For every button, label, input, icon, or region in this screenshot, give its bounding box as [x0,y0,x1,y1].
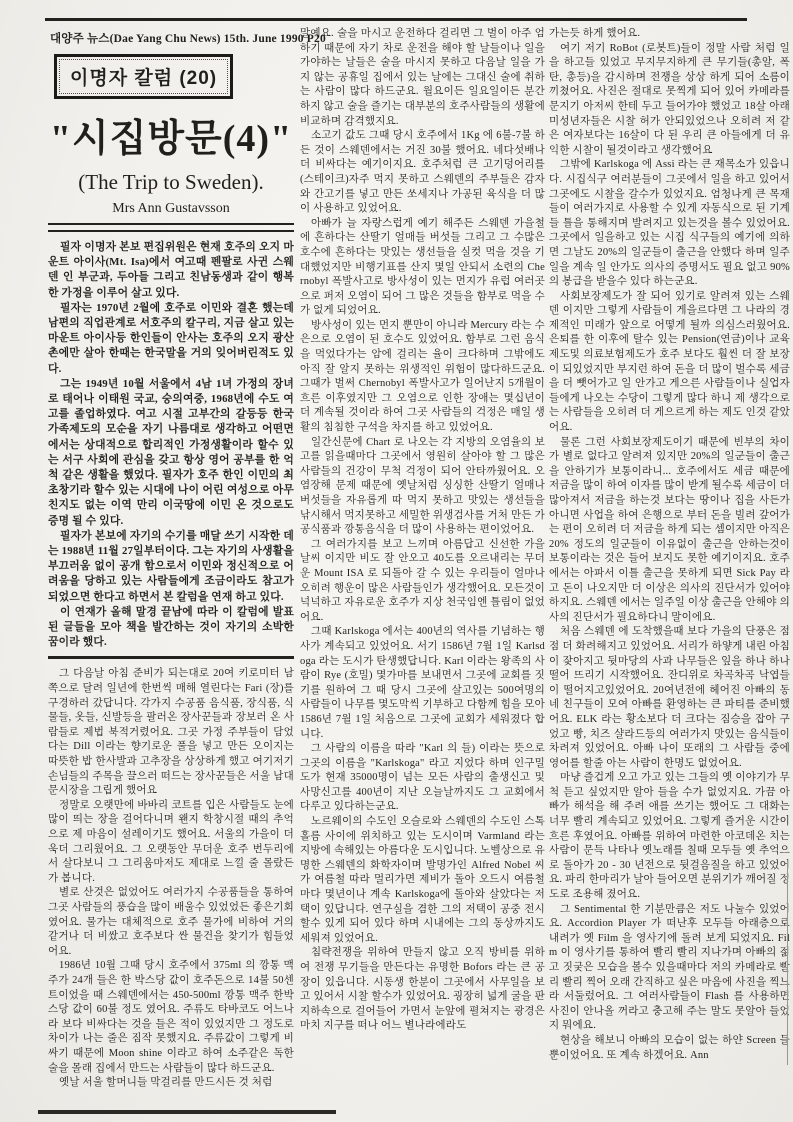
paragraph: 그밖에 Karlskoga 에 Assi 라는 큰 재목소가 있읍니다. 시집식… [549,158,790,289]
paragraph: 아빠가 늘 자랑스럽게 예기 해주든 스웨덴 가을철에 흔하다는 산딸기 얼매들… [300,217,545,319]
column-badge-wrap: 이명자 칼럼 (20) [54,54,294,99]
paragraph: 1986년 10월 그때 당시 호주에서 375ml 의 깡통 맥주가 24개 … [48,959,294,1076]
paragraph: 현상을 해보니 아빠의 모습이 없는 하얀 Screen 들 뿐이었어요. 또 … [549,1034,790,1063]
paragraph: 여기 저기 RoBot (로봇트)들이 정말 사람 처럼 일을 하고들 있었고 … [549,42,790,159]
paragraph: 정말로 오랫만에 바바리 코트를 입은 사람들도 눈에 많이 띄는 장을 걸어다… [48,799,294,887]
paragraph: 사회보장제도가 잘 되어 있기로 알려져 있는 스웨덴 이지만 그렇게 사람들이… [549,290,790,436]
paragraph: 침략전쟁을 위하여 만들지 않고 오직 방비를 위하여 전쟁 무기들을 만든다는… [300,946,545,1034]
paragraph: 그 여러가지를 보고 느끼며 아름답고 신선한 가을 날씨 이지만 비도 잘 안… [300,538,545,626]
left-column-text: 그 다음날 아침 준비가 되는대로 20여 키로미터 남쪽으로 달려 일년에 한… [48,667,294,1090]
paragraph: 필자 이명자 본보 편집위원은 현재 호주의 오지 마운트 아이사(Mt. Is… [48,240,294,301]
paragraph: 이 연재가 올해 말경 끝남에 따라 이 칼럼에 발표된 글들을 모아 책을 발… [48,605,294,651]
paragraph: 마냥 즐겁게 오고 가고 있는 그들의 옛 이야기가 무척 듣고 싶었지만 알아… [549,771,790,902]
top-border-rule [45,18,747,21]
paragraph: 물론 그런 사회보장제도이기 때문에 빈부의 차이가 별로 없다고 알려져 있지… [549,436,790,626]
masthead-dateline: 대양주 뉴스(Dae Yang Chu News) 15th. June 199… [50,30,294,46]
author-bio-section: 필자 이명자 본보 편집위원은 현재 호주의 오지 마운트 아이사(Mt. Is… [48,240,294,650]
paragraph: 그는 1949년 10월 서울에서 4남 1녀 가정의 장녀로 태어나 이태원 … [48,377,294,529]
paragraph: 필자는 1970년 2월에 호주로 이민와 결혼 했는데 남편의 직업관계로 서… [48,301,294,377]
article-title: "시집방문(4)" [48,107,294,162]
paragraph: 그 사람의 이름을 따라 "Karl 의 들) 이라는 뜻으로 그곳의 이름을 … [300,742,545,815]
paragraph: 처음 스웨덴 에 도착했을때 보다 가을의 단풍은 점점 더 화려해지고 있었어… [549,625,790,771]
column-badge: 이명자 칼럼 (20) [54,54,233,99]
paragraph: 소고기 값도 그때 당시 호주에서 1Kg 에 6불-7불 하든 것이 스웨덴에… [300,129,545,217]
paragraph: 별로 산것은 없었어도 여러가지 수공품들을 통하여 그곳 사람들의 풍습을 많… [48,886,294,959]
bottom-partial-rule [38,1110,336,1114]
paragraph: 옛날 서울 할머니들 막걸리를 만드시든 것 처럼 [48,1076,294,1091]
right-column-text: 가는듯 하게 했어요.여기 저기 RoBot (로봇트)들이 정말 사람 처럼 … [549,27,790,1063]
article-subtitle: (The Trip to Sweden). [48,170,294,195]
paragraph: 노르웨이의 수도인 오슬로와 스웨덴의 수도인 스톡홀름 사이에 위치하고 있는… [300,815,545,946]
section-divider-rule [48,656,294,659]
paragraph: 일간신문에 Chart 로 나오는 각 지방의 오염율의 보고를 읽을때마다 그… [300,436,545,538]
article-author: Mrs Ann Gustavsson [48,201,294,217]
newspaper-page: 대양주 뉴스(Dae Yang Chu News) 15th. June 199… [0,0,793,1122]
middle-column-text: 말예요. 술을 마시고 운전하다 걸리면 그 벌이 아주 엄하기 때문에 자기 … [300,27,545,1034]
paragraph: 그 Sentimental 한 기분만큼은 저도 나눌수 있었어요. Accor… [549,903,790,1034]
paragraph: 말예요. 술을 마시고 운전하다 걸리면 그 벌이 아주 엄하기 때문에 자기 … [300,27,545,129]
left-column: 대양주 뉴스(Dae Yang Chu News) 15th. June 199… [48,27,294,1091]
paragraph: 방사성이 있는 먼지 뿐만이 아니라 Mercury 라는 수은으로 오염이 된… [300,319,545,436]
paragraph: 그 다음날 아침 준비가 되는대로 20여 키로미터 남쪽으로 달려 일년에 한… [48,667,294,798]
paragraph: 그때 Karlskoga 에서는 400년의 역사를 기념하는 행사가 계속되고… [300,625,545,742]
paragraph: 가는듯 하게 했어요. [549,27,790,42]
scan-artifact-line [787,860,788,1065]
author-divider-rule [48,223,294,232]
paragraph: 필자가 본보에 자기의 수기를 매달 쓰기 시작한 데는 1988년 11월 2… [48,529,294,605]
column-badge-label: 이명자 칼럼 (20) [59,59,228,94]
